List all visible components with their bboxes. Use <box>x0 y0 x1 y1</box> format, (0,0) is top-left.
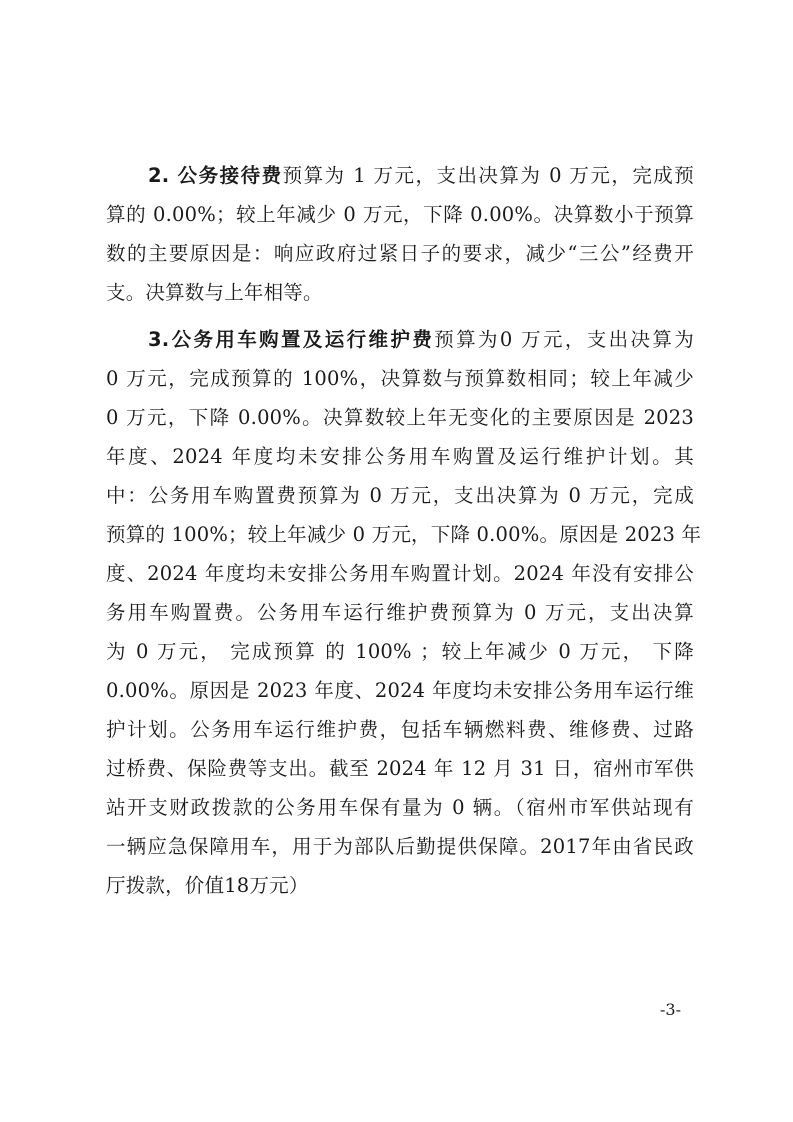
text-line: 年度、2024 年度均未安排公务用车购置及运行维护计划。其 <box>106 437 694 476</box>
text-line: 算的 0.00%；较上年减少 0 万元，下降 0.00%。决算数小于预算 <box>106 195 694 234</box>
section-heading: 2. 公务接待费 <box>148 164 283 187</box>
section-heading: 3.公务用车购置及运行维护费 <box>148 328 434 351</box>
page-number: -3- <box>660 1000 681 1019</box>
document-page: 2. 公务接待费预算为 1 万元，支出决算为 0 万元，完成预 算的 0.00%… <box>0 0 793 1122</box>
text-line: 0 万元，下降 0.00%。决算数较上年无变化的主要原因是 2023 <box>106 398 694 437</box>
text-line: 务用车购置费。公务用车运行维护费预算为 0 万元，支出决算 <box>106 593 694 632</box>
text-line: 0 万元，完成预算的 100%，决算数与预算数相同；较上年减少 <box>106 359 694 398</box>
section-vehicle-expenses: 3.公务用车购置及运行维护费预算为0 万元，支出决算为 0 万元，完成预算的 1… <box>106 320 694 905</box>
text-line: 预算的 100%；较上年减少 0 万元，下降 0.00%。原因是 2023 年 <box>106 515 694 554</box>
text-line: 为 0 万元， 完成预算 的 100% ；较上年减少 0 万元， 下降 <box>106 632 694 671</box>
text-line: 一辆应急保障用车，用于为部队后勤提供保障。2017年由省民政 <box>106 827 694 866</box>
text-line: 2. 公务接待费预算为 1 万元，支出决算为 0 万元，完成预 <box>106 156 694 195</box>
text-line: 数的主要原因是：响应政府过紧日子的要求，减少“三公”经费开 <box>106 234 694 273</box>
text-line: 支。决算数与上年相等。 <box>106 273 694 312</box>
text-line: 度、2024 年度均未安排公务用车购置计划。2024 年没有安排公 <box>106 554 694 593</box>
text-line: 过桥费、保险费等支出。截至 2024 年 12 月 31 日，宿州市军供 <box>106 749 694 788</box>
text-line: 0.00%。原因是 2023 年度、2024 年度均未安排公务用车运行维 <box>106 671 694 710</box>
text-line: 站开支财政拨款的公务用车保有量为 0 辆。（宿州市军供站现有 <box>106 788 694 827</box>
text-line: 3.公务用车购置及运行维护费预算为0 万元，支出决算为 <box>106 320 694 359</box>
section-official-reception: 2. 公务接待费预算为 1 万元，支出决算为 0 万元，完成预 算的 0.00%… <box>106 156 694 312</box>
text-line: 中：公务用车购置费预算为 0 万元，支出决算为 0 万元，完成 <box>106 476 694 515</box>
text-line: 护计划。公务用车运行维护费，包括车辆燃料费、维修费、过路 <box>106 710 694 749</box>
text-line: 厅拨款，价值18万元） <box>106 866 694 905</box>
